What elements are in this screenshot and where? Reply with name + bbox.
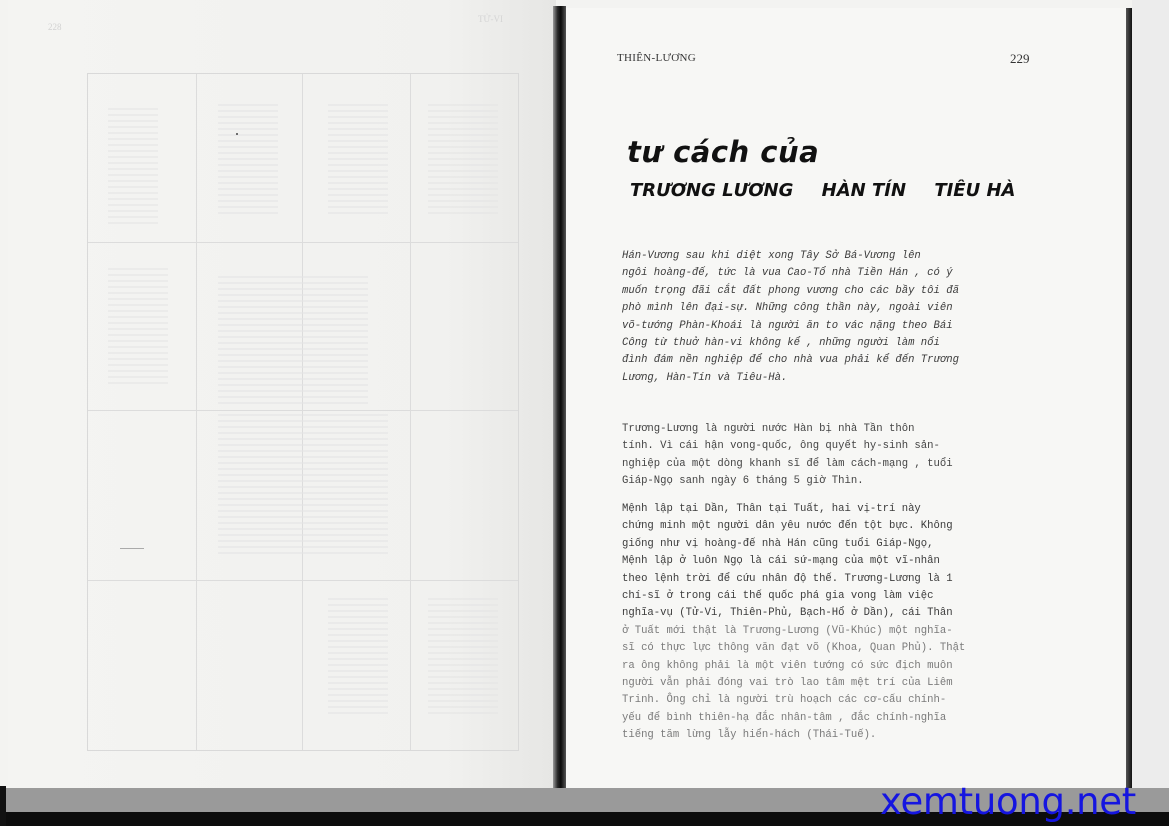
grid-line [302, 74, 303, 750]
ghost-text-block [428, 104, 498, 214]
text-line: võ-tướng Phàn-Khoái là người ăn to vác n… [622, 318, 1040, 335]
grid-line [410, 74, 411, 750]
ghost-text-block [328, 104, 388, 214]
scanned-spread: 228 TỬ-VI THIÊN-LƯƠNG 229 tư cách của TR… [0, 0, 1169, 826]
book-gutter [553, 6, 566, 796]
text-line: giống như vị hoàng-đế nhà Hán cũng tuổi … [622, 536, 1040, 553]
text-line: ở Tuất mới thật là Trương-Lương (Vũ-Khúc… [622, 623, 1040, 640]
scan-speck [236, 133, 238, 135]
text-line: yếu để bình thiên-hạ đắc nhân-tâm , đắc … [622, 710, 1040, 727]
text-line: chứng minh một người dân yêu nước đến tộ… [622, 518, 1040, 535]
text-line: Trương-Lương là người nước Hàn bị nhà Tầ… [622, 421, 1040, 438]
text-line: nghĩa-vụ (Tử-Vi, Thiên-Phủ, Bạch-Hổ ở Dầ… [622, 605, 1040, 622]
text-line: phò mình lên đại-sự. Những công thần này… [622, 300, 1040, 317]
text-line: tiếng tăm lừng lẫy hiển-hách (Thái-Tuế). [622, 727, 1040, 744]
ghost-horoscope-grid [87, 73, 519, 751]
text-line: Mệnh lập ở luôn Ngọ là cái sứ-mạng của m… [622, 553, 1040, 570]
ghost-text-block [108, 104, 158, 224]
ghost-text-block [218, 274, 368, 404]
text-line: muốn trọng đãi cắt đất phong vương cho c… [622, 283, 1040, 300]
page-number: 229 [1010, 51, 1030, 67]
title-name-2: HÀN TÍN [822, 180, 906, 201]
ghost-text-block [328, 594, 388, 714]
text-line: Mệnh lập tại Dần, Thân tại Tuất, hai vị-… [622, 501, 1040, 518]
ghost-text-block [218, 104, 278, 214]
text-line: Hán-Vương sau khi diệt xong Tây Sở Bá-Vư… [622, 248, 1040, 265]
scan-left-corner [0, 786, 6, 826]
running-head: THIÊN-LƯƠNG [617, 52, 696, 64]
text-line: ra ông không phải là một viên tướng có s… [622, 658, 1040, 675]
text-line: Công từ thuở hàn-vi không kể , những ngư… [622, 335, 1040, 352]
text-line: người vẫn phải đóng vai trò lao tâm mệt … [622, 675, 1040, 692]
text-line: sĩ có thực lực thông văn đạt võ (Khoa, Q… [622, 640, 1040, 657]
grid-line [88, 580, 518, 581]
ghost-text-block [428, 594, 498, 714]
left-running-head-ghost: TỬ-VI [478, 14, 503, 24]
left-margin-mark [120, 548, 144, 549]
scanner-background [1132, 0, 1169, 790]
text-line: ngôi hoàng-đế, tức là vua Cao-Tổ nhà Tiề… [622, 265, 1040, 282]
chapter-title-line1: tư cách của [627, 135, 819, 169]
text-line: chí-sĩ ở trong cái thế quốc phá gia vong… [622, 588, 1040, 605]
text-line: nghiệp của một dòng khanh sĩ để làm cách… [622, 456, 1040, 473]
ghost-text-block [108, 264, 168, 384]
text-line: đình đám nền nghiệp để cho nhà vua phải … [622, 352, 1040, 369]
text-line: tính. Vì cái hận vong-quốc, ông quyết hy… [622, 438, 1040, 455]
grid-line [196, 74, 197, 750]
text-line: theo lệnh trời để cứu nhân độ thế. Trươn… [622, 571, 1040, 588]
ghost-text-block [218, 414, 388, 554]
title-name-1: TRƯƠNG LƯƠNG [630, 180, 793, 201]
title-name-3: TIÊU HÀ [934, 180, 1015, 201]
text-line: Trinh. Ông chỉ là người trù hoạch các cơ… [622, 692, 1040, 709]
intro-paragraph: Hán-Vương sau khi diệt xong Tây Sở Bá-Vư… [622, 248, 1040, 387]
left-page-number-ghost: 228 [48, 22, 62, 32]
chapter-title-line2: TRƯƠNG LƯƠNG HÀN TÍN TIÊU HÀ [630, 180, 1037, 201]
grid-line [88, 410, 518, 411]
grid-line [88, 242, 518, 243]
watermark: xemtuong.net [880, 780, 1136, 823]
text-line: Giáp-Ngọ sanh ngày 6 tháng 5 giờ Thìn. [622, 473, 1040, 490]
body-paragraph-1: Trương-Lương là người nước Hàn bị nhà Tầ… [622, 421, 1040, 491]
text-line: Lương, Hàn-Tín và Tiêu-Hà. [622, 370, 1040, 387]
body-paragraph-2: Mệnh lập tại Dần, Thân tại Tuất, hai vị-… [622, 501, 1040, 745]
